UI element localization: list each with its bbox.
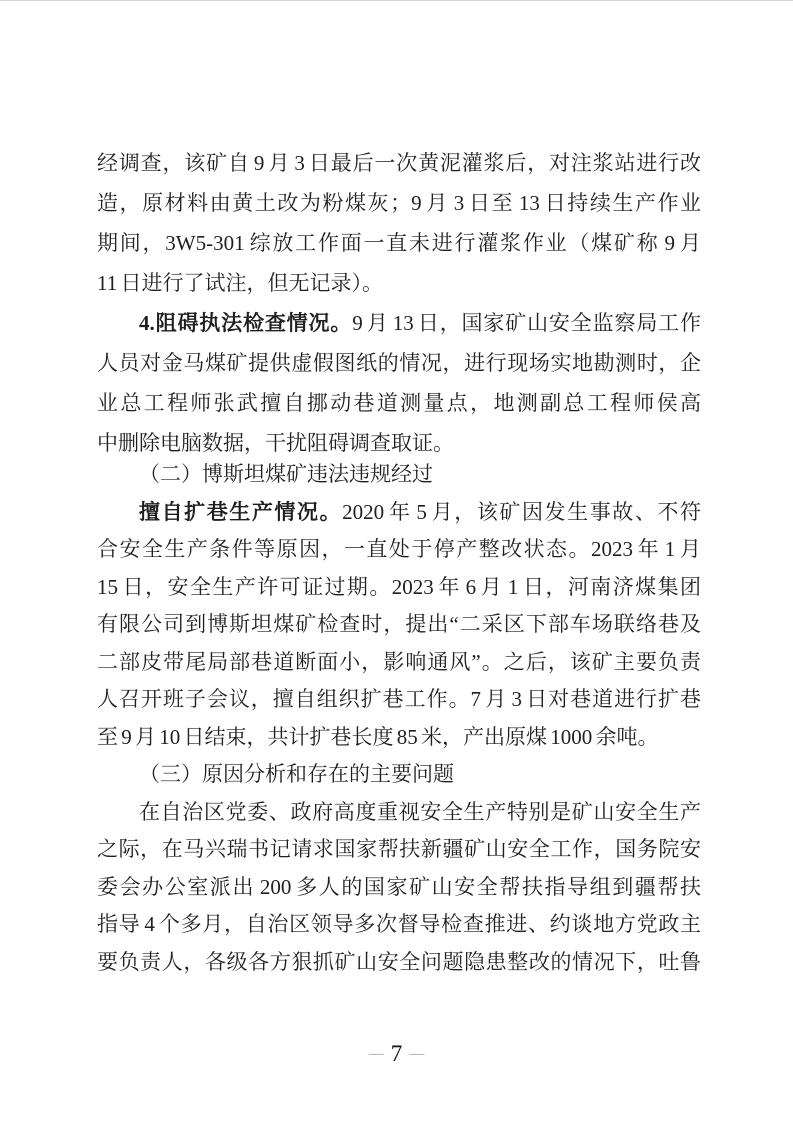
text-line-content: 有限公司到博斯坦煤矿检查时，提出“二采区下部车场联络巷及 — [97, 612, 701, 636]
text-line: 二部皮带尾局部巷道断面小，影响通风”。之后，该矿主要负责 — [97, 644, 701, 682]
text-line: 经调查，该矿自 9 月 3 日最后一次黄泥灌浆后，对注浆站进行改 — [97, 143, 701, 183]
page-number-dash-right: — — [409, 1046, 424, 1062]
text-line-content: 期间，3W5-301 综放工作面一直未进行灌浆作业（煤矿称 9 月 — [97, 231, 701, 255]
text-line-content: 指导 4 个多月，自治区领导多次督导检查推进、约谈地方党政主 — [97, 912, 701, 936]
text-line-content: 15 日，安全生产许可证过期。2023 年 6 月 1 日，河南济煤集团 — [97, 575, 701, 599]
body-text-block-2: （二）博斯坦煤矿违法违规经过 擅自扩巷生产情况。2020 年 5 月，该矿因发生… — [97, 456, 701, 981]
text-line-content: （三）原因分析和存在的主要问题 — [139, 762, 454, 786]
text-line: 要负责人，各级各方狠抓矿山安全问题隐患整改的情况下，吐鲁 — [97, 944, 701, 982]
text-line-content: 中删除电脑数据，干扰阻碍调查取证。 — [97, 431, 454, 455]
text-line: 业总工程师张武擅自挪动巷道测量点，地测副总工程师侯高 — [97, 383, 701, 423]
text-line-content: 经调查，该矿自 9 月 3 日最后一次黄泥灌浆后，对注浆站进行改 — [97, 151, 701, 175]
section-heading-line-3: （三）原因分析和存在的主要问题 — [97, 756, 701, 794]
numbered-item-lead-line: 4.阻碍执法检查情况。9 月 13 日，国家矿山安全监察局工作 — [97, 303, 701, 343]
bold-run: 4.阻碍执法检查情况。 — [139, 311, 352, 335]
text-line: 合安全生产条件等原因，一直处于停产整改状态。2023 年 1 月 — [97, 531, 701, 569]
text-line-content: 造，原材料由黄土改为粉煤灰；9 月 3 日至 13 日持续生产作业 — [97, 191, 701, 215]
text-line-content: 2020 年 5 月，该矿因发生事故、不符 — [342, 500, 701, 524]
bold-lead-line: 擅自扩巷生产情况。2020 年 5 月，该矿因发生事故、不符 — [97, 494, 701, 532]
text-line: 之际，在马兴瑞书记请求国家帮扶新疆矿山安全工作，国务院安 — [97, 831, 701, 869]
text-line-content: 要负责人，各级各方狠抓矿山安全问题隐患整改的情况下，吐鲁 — [97, 950, 701, 974]
section-heading-line-2: （二）博斯坦煤矿违法违规经过 — [97, 456, 701, 494]
text-line-content: 合安全生产条件等原因，一直处于停产整改状态。2023 年 1 月 — [97, 537, 701, 561]
text-line-content: （二）博斯坦煤矿违法违规经过 — [139, 462, 433, 486]
bold-run: 擅自扩巷生产情况。 — [139, 500, 342, 524]
text-line: 指导 4 个多月，自治区领导多次督导检查推进、约谈地方党政主 — [97, 906, 701, 944]
text-line: 期间，3W5-301 综放工作面一直未进行灌浆作业（煤矿称 9 月 — [97, 223, 701, 263]
text-line: 至 9 月 10 日结束，共计扩巷长度 85 米，产出原煤 1000 余吨。 — [97, 719, 701, 757]
text-line: 造，原材料由黄土改为粉煤灰；9 月 3 日至 13 日持续生产作业 — [97, 183, 701, 223]
text-line: 在自治区党委、政府高度重视安全生产特别是矿山安全生产 — [97, 794, 701, 832]
body-text-block-1: 经调查，该矿自 9 月 3 日最后一次黄泥灌浆后，对注浆站进行改 造，原材料由黄… — [97, 143, 701, 463]
text-line: 人员对金马煤矿提供虚假图纸的情况，进行现场实地勘测时，企 — [97, 343, 701, 383]
text-line-content: 二部皮带尾局部巷道断面小，影响通风”。之后，该矿主要负责 — [97, 650, 701, 674]
page-number: 7 — [391, 1041, 403, 1066]
text-line-content: 委会办公室派出 200 多人的国家矿山安全帮扶指导组到疆帮扶 — [97, 875, 701, 899]
text-line: 人召开班子会议，擅自组织扩巷工作。7 月 3 日对巷道进行扩巷 — [97, 681, 701, 719]
text-line: 11 日进行了试注，但无记录）。 — [97, 263, 701, 303]
text-line: 委会办公室派出 200 多人的国家矿山安全帮扶指导组到疆帮扶 — [97, 869, 701, 907]
document-page: 经调查，该矿自 9 月 3 日最后一次黄泥灌浆后，对注浆站进行改 造，原材料由黄… — [0, 0, 793, 1122]
text-line-content: 在自治区党委、政府高度重视安全生产特别是矿山安全生产 — [139, 800, 701, 824]
text-line-content: 至 9 月 10 日结束，共计扩巷长度 85 米，产出原煤 1000 余吨。 — [97, 725, 659, 749]
text-line: 有限公司到博斯坦煤矿检查时，提出“二采区下部车场联络巷及 — [97, 606, 701, 644]
text-line-content: 之际，在马兴瑞书记请求国家帮扶新疆矿山安全工作，国务院安 — [97, 837, 701, 861]
text-line-content: 11 日进行了试注，但无记录）。 — [97, 271, 383, 295]
text-line-content: 业总工程师张武擅自挪动巷道测量点，地测副总工程师侯高 — [97, 391, 701, 415]
page-number-dash-left: — — [369, 1046, 384, 1062]
text-line-content: 人召开班子会议，擅自组织扩巷工作。7 月 3 日对巷道进行扩巷 — [97, 687, 701, 711]
text-line: 15 日，安全生产许可证过期。2023 年 6 月 1 日，河南济煤集团 — [97, 569, 701, 607]
text-line-content: 人员对金马煤矿提供虚假图纸的情况，进行现场实地勘测时，企 — [97, 351, 701, 375]
text-line-content: 9 月 13 日，国家矿山安全监察局工作 — [352, 311, 701, 335]
page-footer: —7— — [0, 1041, 793, 1067]
